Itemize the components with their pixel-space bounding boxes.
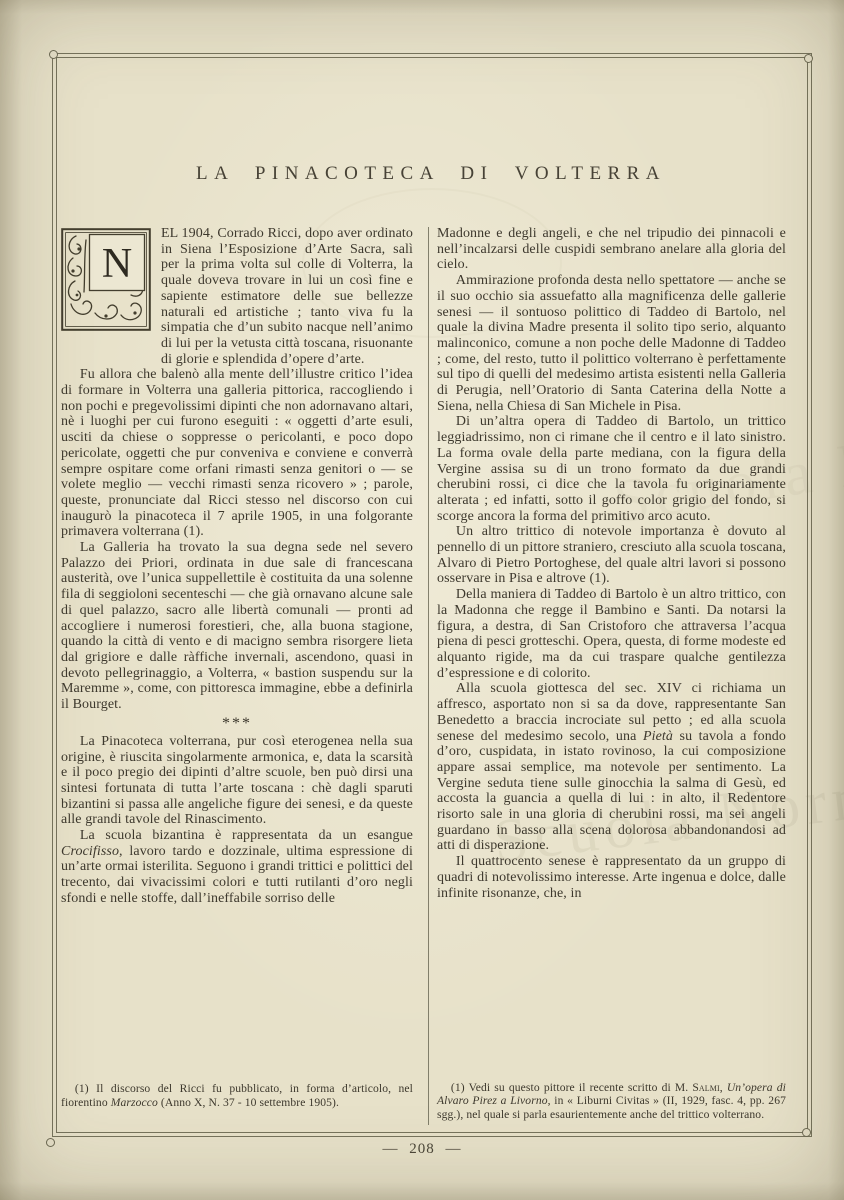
- column-divider-rule: [428, 227, 429, 1125]
- column-right-body: Madonne e degli angeli, e che nel tripud…: [437, 226, 786, 901]
- paragraph: Di un’altra opera di Taddeo di Bartolo, …: [437, 414, 786, 524]
- section-separator: ***: [61, 715, 413, 733]
- paragraph: Fu allora che balenò alla mente dell’ill…: [61, 367, 413, 540]
- text-segment: Un altro trittico di notevole importanza…: [437, 524, 786, 586]
- corner-circle-top-left: [49, 50, 58, 59]
- column-right: Madonne e degli angeli, e che nel tripud…: [437, 226, 786, 1126]
- decorative-initial-icon: N: [61, 228, 151, 331]
- text-segment: ,: [720, 1081, 727, 1094]
- text-segment: (Anno X, N. 37 - 10 settembre 1905).: [158, 1096, 339, 1109]
- text-segment: Ammirazione profonda desta nello spettat…: [437, 273, 786, 414]
- paragraph: Della maniera di Taddeo di Bartolo è un …: [437, 587, 786, 681]
- page-title: LA PINACOTECA DI VOLTERRA: [56, 163, 806, 185]
- paragraph: Ammirazione profonda desta nello spettat…: [437, 273, 786, 414]
- corner-circle-bottom-right: [802, 1128, 811, 1137]
- text-segment: Salmi: [692, 1081, 719, 1094]
- text-segment: (1) Vedi su questo pittore il recente sc…: [451, 1081, 692, 1094]
- text-segment: Madonne e degli angeli, e che nel tripud…: [437, 226, 786, 272]
- text-segment: su tavola a fondo d’oro, cuspidata, in i…: [437, 729, 786, 854]
- page-number: — 208 —: [0, 1141, 844, 1158]
- drop-cap-letter: N: [102, 241, 132, 287]
- text-segment: EL 1904, Corrado Ricci, dopo aver ordina…: [161, 226, 413, 367]
- text-segment: La scuola bizantina è rappresentata da u…: [80, 828, 413, 843]
- text-segment: Fu allora che balenò alla mente dell’ill…: [61, 367, 413, 539]
- text-segment: Pietà: [643, 729, 673, 744]
- column-right-footnote: (1) Vedi su questo pittore il recente sc…: [437, 1081, 786, 1122]
- column-left-body: N EL 1904, Corrado Ricci, dopo aver ordi…: [61, 226, 413, 907]
- paragraph: La scuola bizantina è rappresentata da u…: [61, 828, 413, 907]
- paragraph: Un altro trittico di notevole importanza…: [437, 524, 786, 587]
- paragraph: Il quattrocento senese è rappresentato d…: [437, 854, 786, 901]
- text-segment: Della maniera di Taddeo di Bartolo è un …: [437, 587, 786, 681]
- column-left: N EL 1904, Corrado Ricci, dopo aver ordi…: [61, 226, 413, 1126]
- text-segment: Marzocco: [111, 1096, 158, 1109]
- paragraph: Madonne e degli angeli, e che nel tripud…: [437, 226, 786, 273]
- corner-circle-top-right: [804, 54, 813, 63]
- paragraph: La Galleria ha trovato la sua degna sede…: [61, 540, 413, 713]
- text-segment: La Galleria ha trovato la sua degna sede…: [61, 540, 413, 712]
- text-segment: La Pinacoteca volterrana, pur così etero…: [61, 734, 413, 828]
- paragraph: Alla scuola giottesca del sec. XIV ci ri…: [437, 681, 786, 854]
- footnote-paragraph: (1) Il discorso del Ricci fu pubblicato,…: [61, 1082, 413, 1110]
- text-segment: Di un’altra opera di Taddeo di Bartolo, …: [437, 414, 786, 523]
- text-segment: Il quattrocento senese è rappresentato d…: [437, 854, 786, 900]
- column-left-footnote: (1) Il discorso del Ricci fu pubblicato,…: [61, 1082, 413, 1110]
- footnote-paragraph: (1) Vedi su questo pittore il recente sc…: [437, 1081, 786, 1122]
- paragraph: La Pinacoteca volterrana, pur così etero…: [61, 734, 413, 828]
- text-segment: Crocifisso: [61, 844, 119, 859]
- scanned-book-page: Scuola Normale Scuola Normale LA PINACOT…: [0, 0, 844, 1200]
